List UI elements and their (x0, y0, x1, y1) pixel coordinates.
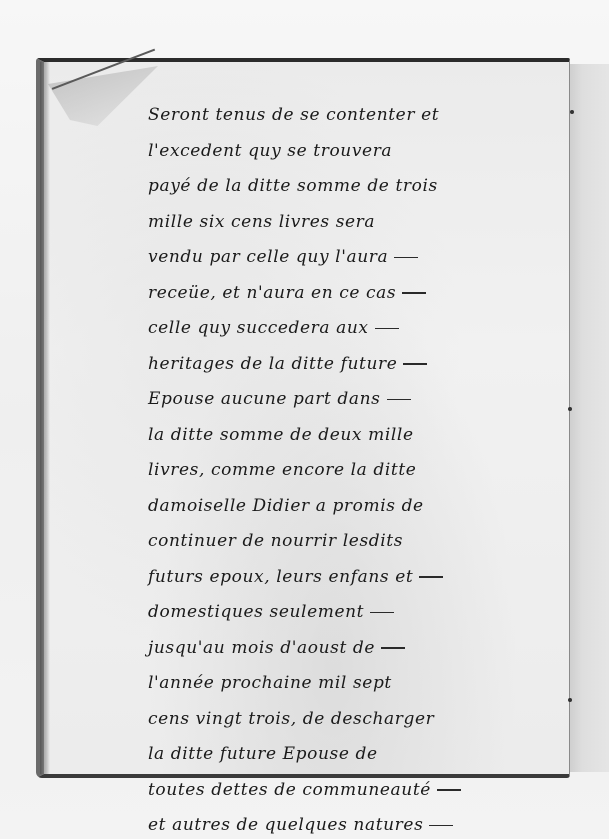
text-line: livres, comme encore la ditte (148, 453, 568, 489)
text-line: la ditte future Epouse de (148, 737, 568, 773)
line-text: mille six cens livres sera (148, 212, 375, 232)
line-text: heritages de la ditte future (148, 354, 397, 374)
text-line: heritages de la ditte future (148, 347, 568, 383)
text-line: jusqu'au mois d'aoust de (148, 631, 568, 667)
manuscript-page: Seront tenus de se contenter et l'excede… (36, 58, 570, 778)
text-line: damoiselle Didier a promis de (148, 489, 568, 525)
line-filler-stroke (402, 292, 426, 294)
bleed-through-text (104, 212, 108, 228)
line-text: l'année prochaine mil sept (148, 673, 392, 693)
line-text: et autres de quelques natures (148, 815, 423, 835)
text-line: celle quy succedera aux (148, 311, 568, 347)
line-text: Epouse aucune part dans (148, 389, 381, 409)
line-filler-stroke (375, 328, 399, 330)
text-line: receüe, et n'aura en ce cas (148, 276, 568, 312)
line-text: celle quy succedera aux (148, 318, 369, 338)
line-filler-stroke (381, 647, 405, 649)
line-text: livres, comme encore la ditte (148, 460, 416, 480)
line-filler-stroke (437, 789, 461, 791)
text-line: et autres de quelques natures (148, 808, 568, 839)
text-line: payé de la ditte somme de trois (148, 169, 568, 205)
handwritten-text-block: Seront tenus de se contenter et l'excede… (148, 98, 568, 839)
folded-corner (48, 66, 158, 126)
text-line: la ditte somme de deux mille (148, 418, 568, 454)
line-text: toutes dettes de communeauté (148, 780, 431, 800)
line-text: domestiques seulement (148, 602, 364, 622)
line-text: payé de la ditte somme de trois (148, 176, 438, 196)
text-line: Epouse aucune part dans (148, 382, 568, 418)
text-line: cens vingt trois, de descharger (148, 702, 568, 738)
text-line: vendu par celle quy l'aura (148, 240, 568, 276)
line-text: vendu par celle quy l'aura (148, 247, 388, 267)
text-line: l'année prochaine mil sept (148, 666, 568, 702)
ink-spot (570, 110, 574, 114)
line-text: jusqu'au mois d'aoust de (148, 638, 375, 658)
line-filler-stroke (387, 399, 411, 401)
text-line: toutes dettes de communeauté (148, 773, 568, 809)
line-text: continuer de nourrir lesdits (148, 531, 403, 551)
line-text: damoiselle Didier a promis de (148, 496, 424, 516)
line-text: receüe, et n'aura en ce cas (148, 283, 396, 303)
text-line: l'excedent quy se trouvera (148, 134, 568, 170)
line-filler-stroke (370, 612, 394, 614)
text-line: continuer de nourrir lesdits (148, 524, 568, 560)
text-line: Seront tenus de se contenter et (148, 98, 568, 134)
text-line: mille six cens livres sera (148, 205, 568, 241)
ink-spot (568, 407, 572, 411)
line-filler-stroke (394, 257, 418, 259)
line-filler-stroke (419, 576, 443, 578)
ink-spot (568, 698, 572, 702)
line-text: la ditte future Epouse de (148, 744, 378, 764)
line-text: cens vingt trois, de descharger (148, 709, 434, 729)
line-text: futurs epoux, leurs enfans et (148, 567, 413, 587)
line-text: la ditte somme de deux mille (148, 425, 414, 445)
adjacent-page-edge (568, 64, 609, 772)
line-filler-stroke (403, 363, 427, 365)
line-text: l'excedent quy se trouvera (148, 141, 392, 161)
line-text: Seront tenus de se contenter et (148, 105, 439, 125)
text-line: futurs epoux, leurs enfans et (148, 560, 568, 596)
text-line: domestiques seulement (148, 595, 568, 631)
line-filler-stroke (429, 825, 453, 827)
